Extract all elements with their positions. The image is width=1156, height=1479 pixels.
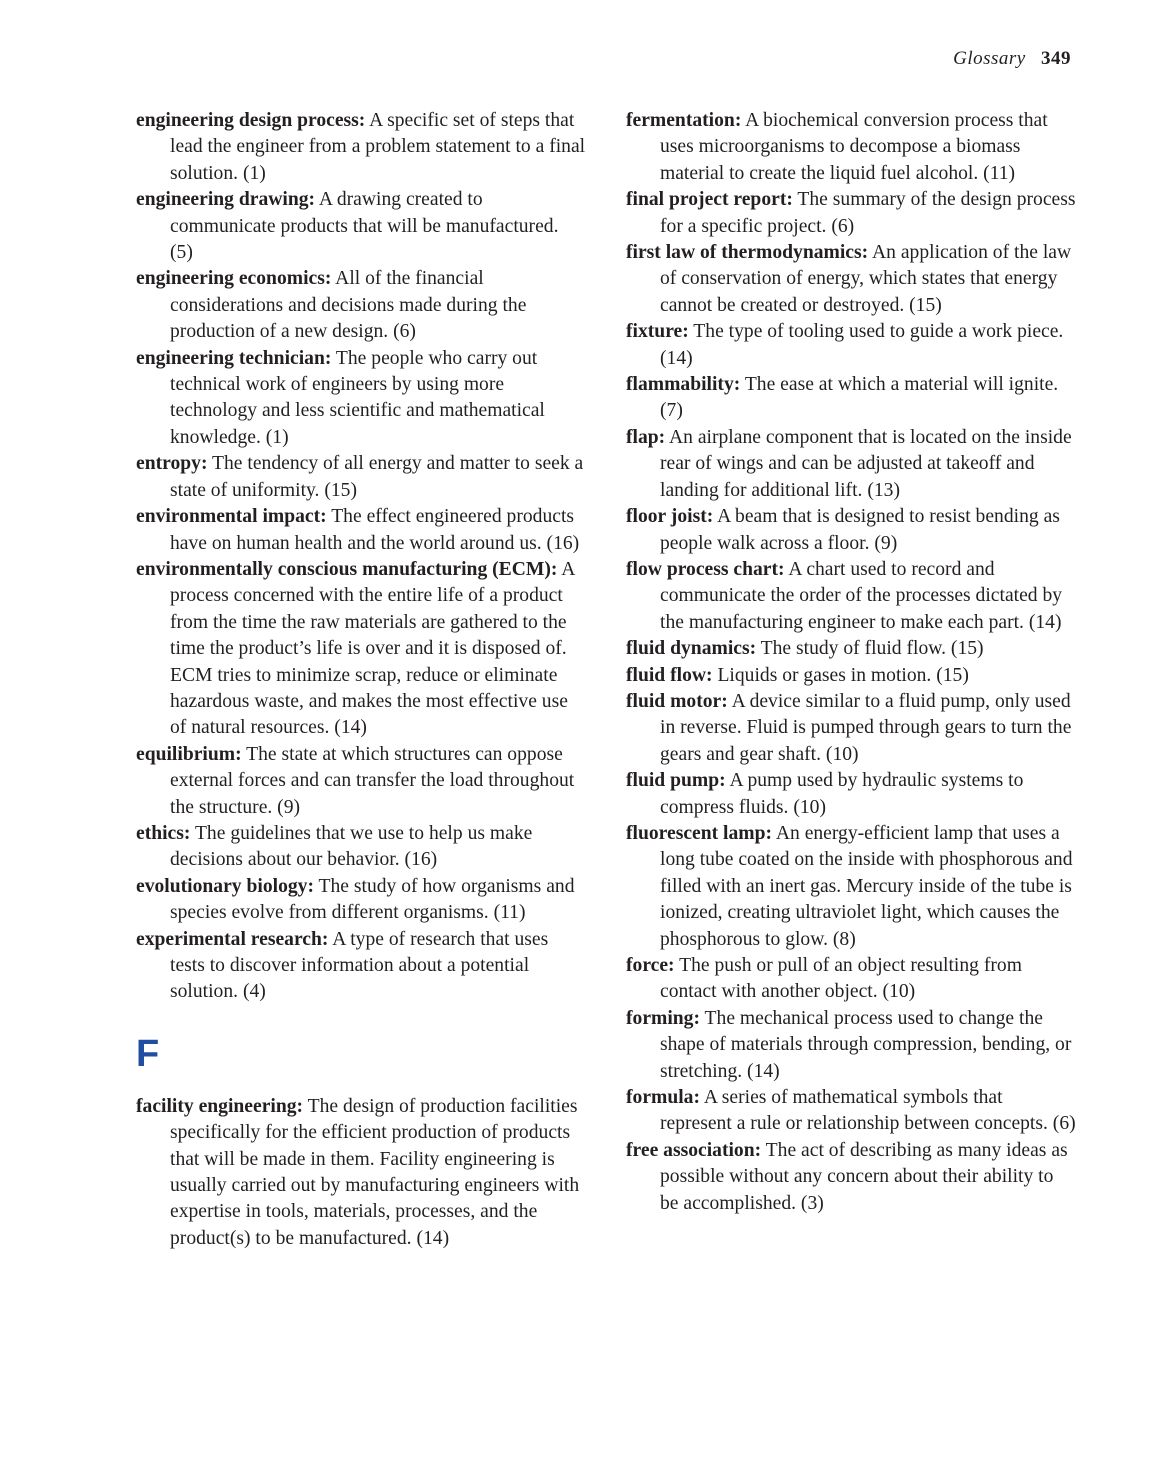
glossary-term: entropy: xyxy=(136,453,207,474)
glossary-term: ethics: xyxy=(136,823,190,844)
glossary-definition: The type of tooling used to guide a work… xyxy=(660,321,1063,368)
glossary-term: floor joist: xyxy=(626,506,713,527)
glossary-entry: equilibrium: The state at which structur… xyxy=(136,742,586,821)
glossary-term: first law of thermodynamics: xyxy=(626,242,868,263)
glossary-entry: fluid flow: Liquids or gases in motion. … xyxy=(626,663,1076,689)
glossary-term: fluid motor: xyxy=(626,691,728,712)
glossary-term: formula: xyxy=(626,1087,700,1108)
glossary-term: force: xyxy=(626,955,675,976)
glossary-definition: Liquids or gases in motion. (15) xyxy=(713,665,969,686)
glossary-term: fermentation: xyxy=(626,110,741,131)
glossary-entry: ethics: The guidelines that we use to he… xyxy=(136,821,586,874)
glossary-entry: force: The push or pull of an object res… xyxy=(626,953,1076,1006)
glossary-entry: fixture: The type of tooling used to gui… xyxy=(626,319,1076,372)
glossary-entry: floor joist: A beam that is designed to … xyxy=(626,504,1076,557)
glossary-entry: engineering economics: All of the financ… xyxy=(136,266,586,345)
glossary-term: flow process chart: xyxy=(626,559,785,580)
glossary-list-e: engineering design process: A specific s… xyxy=(136,108,586,1006)
glossary-term: equilibrium: xyxy=(136,744,242,765)
glossary-entry: flow process chart: A chart used to reco… xyxy=(626,557,1076,636)
glossary-term: environmental impact: xyxy=(136,506,327,527)
glossary-entry: experimental research: A type of researc… xyxy=(136,927,586,1006)
glossary-term: facility engineering: xyxy=(136,1096,303,1117)
glossary-definition: The push or pull of an object resulting … xyxy=(660,955,1022,1002)
glossary-entry: entropy: The tendency of all energy and … xyxy=(136,451,586,504)
glossary-term: final project report: xyxy=(626,189,793,210)
glossary-term: engineering technician: xyxy=(136,348,331,369)
glossary-entry: formula: A series of mathematical symbol… xyxy=(626,1085,1076,1138)
glossary-entry: facility engineering: The design of prod… xyxy=(136,1094,586,1252)
glossary-entry: flammability: The ease at which a materi… xyxy=(626,372,1076,425)
glossary-term: environmentally conscious manufacturing … xyxy=(136,559,557,580)
glossary-term: fluid dynamics: xyxy=(626,638,756,659)
glossary-term: flap: xyxy=(626,427,665,448)
glossary-term: fluid pump: xyxy=(626,770,726,791)
glossary-definition: A series of mathematical symbols that re… xyxy=(660,1087,1076,1134)
glossary-entry: fluid dynamics: The study of fluid flow.… xyxy=(626,636,1076,662)
glossary-definition: An airplane component that is located on… xyxy=(660,427,1072,501)
glossary-term: fluid flow: xyxy=(626,665,713,686)
glossary-entry: engineering drawing: A drawing created t… xyxy=(136,187,586,266)
glossary-term: fixture: xyxy=(626,321,689,342)
glossary-term: engineering economics: xyxy=(136,268,331,289)
glossary-entry: fluid pump: A pump used by hydraulic sys… xyxy=(626,768,1076,821)
glossary-entry: evolutionary biology: The study of how o… xyxy=(136,874,586,927)
left-column: engineering design process: A specific s… xyxy=(136,108,586,1252)
glossary-term: evolutionary biology: xyxy=(136,876,314,897)
right-column: fermentation: A biochemical conversion p… xyxy=(626,108,1076,1217)
glossary-entry: forming: The mechanical process used to … xyxy=(626,1006,1076,1085)
glossary-entry: fluid motor: A device similar to a fluid… xyxy=(626,689,1076,768)
glossary-term: free association: xyxy=(626,1140,761,1161)
glossary-entry: final project report: The summary of the… xyxy=(626,187,1076,240)
glossary-entry: environmentally conscious manufacturing … xyxy=(136,557,586,742)
glossary-entry: engineering technician: The people who c… xyxy=(136,346,586,452)
section-letter-heading: F xyxy=(136,1034,586,1074)
glossary-term: forming: xyxy=(626,1008,700,1029)
glossary-definition: The guidelines that we use to help us ma… xyxy=(170,823,532,870)
glossary-term: experimental research: xyxy=(136,929,328,950)
glossary-definition: A beam that is designed to resist bendin… xyxy=(660,506,1060,553)
glossary-definition: The study of fluid flow. (15) xyxy=(756,638,983,659)
glossary-term: engineering drawing: xyxy=(136,189,315,210)
glossary-definition: The design of production facilities spec… xyxy=(170,1096,579,1249)
glossary-entry: flap: An airplane component that is loca… xyxy=(626,425,1076,504)
glossary-entry: free association: The act of describing … xyxy=(626,1138,1076,1217)
glossary-definition: The mechanical process used to change th… xyxy=(660,1008,1071,1082)
glossary-entry: fermentation: A biochemical conversion p… xyxy=(626,108,1076,187)
glossary-term: fluorescent lamp: xyxy=(626,823,772,844)
glossary-entry: environmental impact: The effect enginee… xyxy=(136,504,586,557)
glossary-term: flammability: xyxy=(626,374,740,395)
glossary-list-f: facility engineering: The design of prod… xyxy=(136,1094,586,1252)
running-head-title: Glossary xyxy=(953,48,1026,69)
glossary-definition: A process concerned with the entire life… xyxy=(170,559,574,738)
glossary-entry: engineering design process: A specific s… xyxy=(136,108,586,187)
page-number: 349 xyxy=(1041,48,1071,69)
glossary-definition: The tendency of all energy and matter to… xyxy=(170,453,583,500)
glossary-entry: fluorescent lamp: An energy-efficient la… xyxy=(626,821,1076,953)
running-head: Glossary 349 xyxy=(953,48,1071,70)
glossary-term: engineering design process: xyxy=(136,110,365,131)
glossary-entry: first law of thermodynamics: An applicat… xyxy=(626,240,1076,319)
